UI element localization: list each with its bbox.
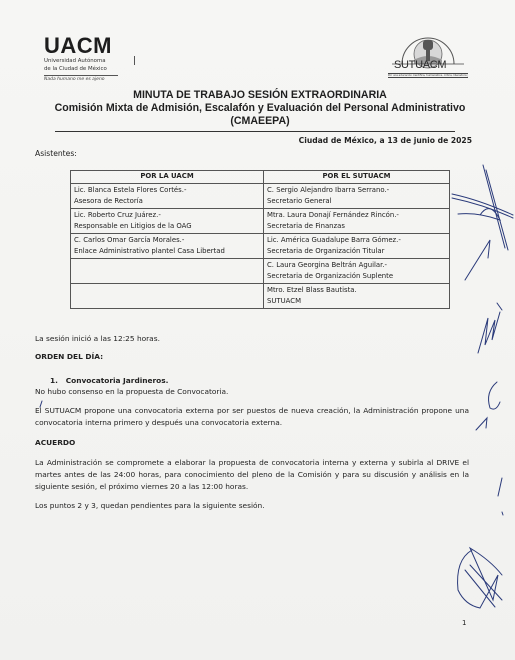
agenda-heading: ORDEN DEL DÍA: <box>35 351 103 363</box>
uacm-logo-mark: UACM <box>44 36 118 56</box>
uacm-logo: UACM Universidad Autónoma de la Ciudad d… <box>44 36 118 82</box>
attendee-role: Secretario General <box>267 197 332 205</box>
uacm-logo-rule <box>44 75 118 76</box>
session-start: La sesión inició a las 12:25 horas. <box>35 333 160 345</box>
document-acronym: (CMAEEPA) <box>40 115 480 128</box>
attendee-role: SUTUACM <box>267 297 301 305</box>
attendee-role: Secretaria de Finanzas <box>267 222 345 230</box>
sutuacm-attendee: C. Laura Georgina Beltrán Aguilar.-Secre… <box>264 259 450 284</box>
attendee-name: Mtra. Laura Donají Fernández Rincón.- <box>267 211 399 219</box>
signature-stroke <box>483 165 508 250</box>
no-consensus-text: No hubo consenso en la propuesta de Conv… <box>35 386 228 398</box>
agreement-text: La Administración se compromete a elabor… <box>35 457 469 493</box>
sutuacm-attendee: C. Sergio Alejandro Ibarra Serrano.-Secr… <box>264 184 450 209</box>
uacm-attendee-empty <box>71 284 264 309</box>
attendees-table: POR LA UACM POR EL SUTUACM Lic. Blanca E… <box>70 170 450 309</box>
page-number: 1 <box>462 619 466 627</box>
agenda-item-number: 1. <box>50 376 58 385</box>
attendee-name: C. Carlos Omar García Morales.- <box>74 236 184 244</box>
attendee-role: Responsable en Litigios de la OAG <box>74 222 192 230</box>
attendees-label: Asistentes: <box>35 149 77 158</box>
attendee-name: C. Laura Georgina Beltrán Aguilar.- <box>267 261 387 269</box>
attendee-role: Asesora de Rectoría <box>74 197 143 205</box>
agreement-heading: ACUERDO <box>35 437 75 449</box>
uacm-attendee: Lic. Roberto Cruz Juárez.-Responsable en… <box>71 209 264 234</box>
attendee-name: Lic. Blanca Estela Flores Cortés.- <box>74 186 186 194</box>
uacm-attendee: Lic. Blanca Estela Flores Cortés.-Asesor… <box>71 184 264 209</box>
logo-separator <box>134 56 135 65</box>
column-header-sutuacm: POR EL SUTUACM <box>264 171 450 184</box>
title-divider <box>55 131 455 132</box>
attendee-name: Mtro. Etzel Blass Bautista. <box>267 286 357 294</box>
date-line: Ciudad de México, a 13 de junio de 2025 <box>299 136 472 145</box>
table-row: C. Carlos Omar García Morales.-Enlace Ad… <box>71 234 450 259</box>
sutuacm-attendee: Mtro. Etzel Blass Bautista.SUTUACM <box>264 284 450 309</box>
attendee-role: Secretaria de Organización Suplente <box>267 272 393 280</box>
attendee-name: C. Sergio Alejandro Ibarra Serrano.- <box>267 186 389 194</box>
uacm-logo-line1: Universidad Autónoma <box>44 58 118 64</box>
sutuacm-logo-name: SUTUACM <box>394 59 446 71</box>
sutuacm-logo-tagline: Por una educación científica, humanístic… <box>388 73 468 78</box>
table-header-row: POR LA UACM POR EL SUTUACM <box>71 171 450 184</box>
pending-text: Los puntos 2 y 3, quedan pendientes para… <box>35 500 265 512</box>
document-heading: MINUTA DE TRABAJO SESIÓN EXTRAORDINARIA … <box>40 89 480 128</box>
attendee-name: Lic. Roberto Cruz Juárez.- <box>74 211 161 219</box>
sutuacm-logo: SUTUACM Por una educación científica, hu… <box>388 30 468 78</box>
agenda-item-title: Convocatoria Jardineros. <box>66 376 169 385</box>
table-row: Lic. Roberto Cruz Juárez.-Responsable en… <box>71 209 450 234</box>
attendee-role: Secretaria de Organización Titular <box>267 247 385 255</box>
document-title: MINUTA DE TRABAJO SESIÓN EXTRAORDINARIA <box>40 89 480 102</box>
sutuacm-attendee: Lic. América Guadalupe Barra Gómez.-Secr… <box>264 234 450 259</box>
uacm-attendee-empty <box>71 259 264 284</box>
document-page: UACM Universidad Autónoma de la Ciudad d… <box>0 0 515 660</box>
column-header-uacm: POR LA UACM <box>71 171 264 184</box>
table-row: C. Laura Georgina Beltrán Aguilar.-Secre… <box>71 259 450 284</box>
uacm-logo-line2: de la Ciudad de México <box>44 66 118 72</box>
sutuacm-attendee: Mtra. Laura Donají Fernández Rincón.-Sec… <box>264 209 450 234</box>
table-row: Mtro. Etzel Blass Bautista.SUTUACM <box>71 284 450 309</box>
uacm-logo-motto: Nada humano me es ajeno <box>44 77 118 82</box>
table-row: Lic. Blanca Estela Flores Cortés.-Asesor… <box>71 184 450 209</box>
attendee-role: Enlace Administrativo plantel Casa Liber… <box>74 247 225 255</box>
attendee-name: Lic. América Guadalupe Barra Gómez.- <box>267 236 401 244</box>
uacm-attendee: C. Carlos Omar García Morales.-Enlace Ad… <box>71 234 264 259</box>
document-subtitle: Comisión Mixta de Admisión, Escalafón y … <box>40 102 480 115</box>
proposals-text: El SUTUACM propone una convocatoria exte… <box>35 405 469 429</box>
